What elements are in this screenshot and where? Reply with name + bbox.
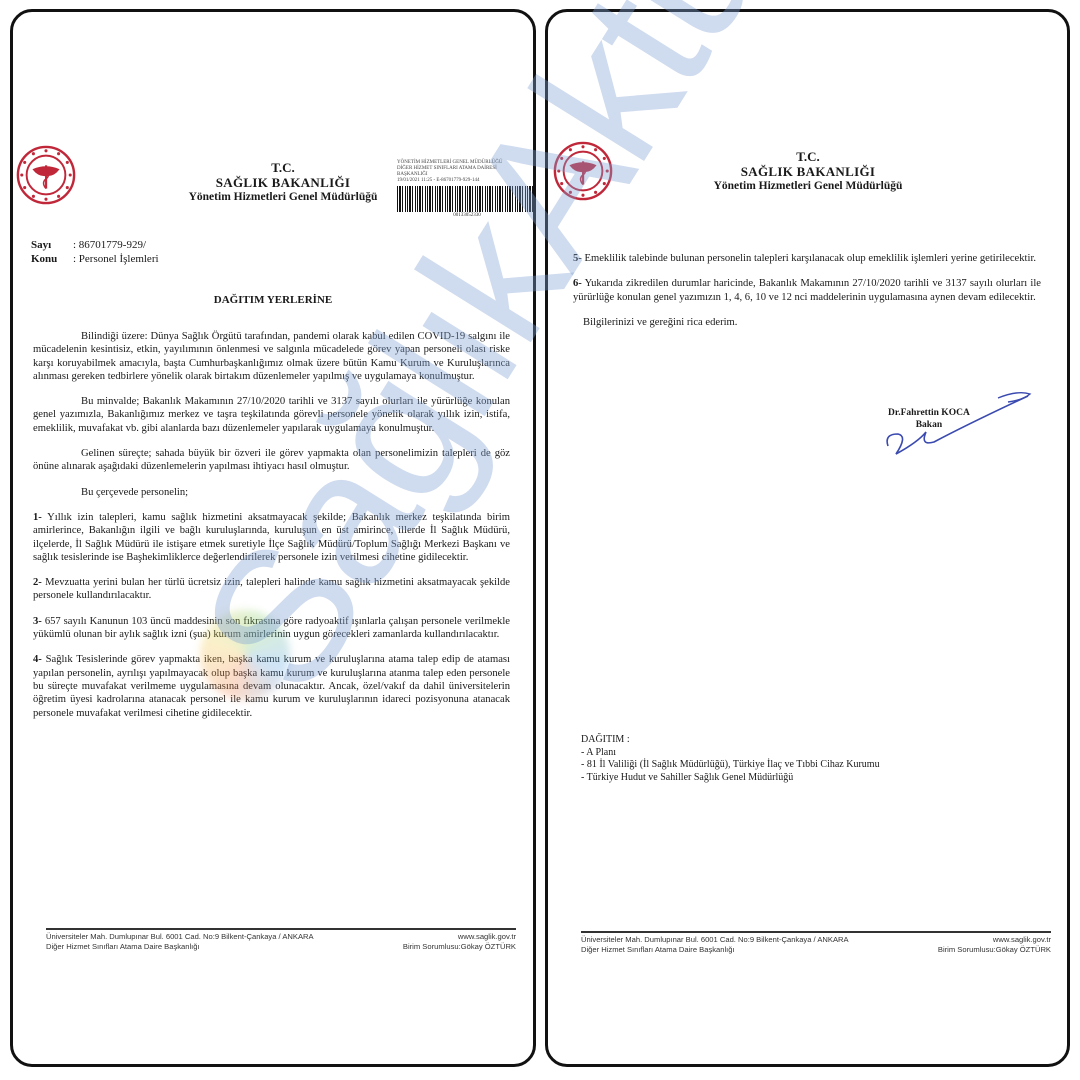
footer-department: Diğer Hizmet Sınıfları Atama Daire Başka… [46, 942, 200, 952]
letterhead-tc: T.C. [163, 160, 403, 175]
document-page-2: T.C. SAĞLIK BAKANLIĞI Yönetim Hizmetleri… [545, 9, 1070, 1067]
item-text: 657 sayılı Kanunun 103 üncü maddesinin s… [33, 616, 510, 640]
document-page-1: T.C. SAĞLIK BAKANLIĞI Yönetim Hizmetleri… [10, 9, 536, 1067]
list-item: 6- Yukarıda zikredilen durumlar haricind… [573, 277, 1041, 304]
list-item: 5- Emeklilik talebinde bulunan personeli… [573, 252, 1041, 265]
paragraph: Bu minvalde; Bakanlık Makamının 27/10/20… [33, 395, 510, 435]
stamp-line: 19/01/2021 11:25 - E-86701779-929-144 [397, 178, 536, 184]
page-footer: Üniversiteler Mah. Dumlupınar Bul. 6001 … [46, 928, 516, 952]
footer-address: Üniversiteler Mah. Dumlupınar Bul. 6001 … [46, 932, 314, 942]
footer-address: Üniversiteler Mah. Dumlupınar Bul. 6001 … [581, 935, 849, 945]
item-text: Yıllık izin talepleri, kamu sağlık hizme… [33, 512, 510, 563]
distribution-title: DAĞITIM : [581, 734, 880, 747]
konu-label: Konu [31, 252, 73, 266]
item-number: 4- [33, 654, 42, 665]
paragraph: Bu çerçevede personelin; [33, 486, 510, 499]
list-item: 2- Mevzuatta yerini bulan her türlü ücre… [33, 576, 510, 603]
paragraph: Gelinen süreçte; sahada büyük bir özveri… [33, 447, 510, 474]
signer-name: Dr.Fahrettin KOCA [888, 407, 970, 419]
letterhead-directorate: Yönetim Hizmetleri Genel Müdürlüğü [163, 190, 403, 205]
letterhead-ministry: SAĞLIK BAKANLIĞI [688, 164, 928, 179]
item-number: 5- [573, 253, 582, 264]
closing-line: Bilgilerinizi ve gereğini rica ederim. [573, 316, 1041, 329]
page-footer: Üniversiteler Mah. Dumlupınar Bul. 6001 … [581, 931, 1051, 955]
letterhead: T.C. SAĞLIK BAKANLIĞI Yönetim Hizmetleri… [163, 160, 403, 205]
footer-department: Diğer Hizmet Sınıfları Atama Daire Başka… [581, 945, 735, 955]
ministry-logo-icon [15, 144, 77, 206]
document-barcode-stamp: YÖNETİM HİZMETLERİ GENEL MÜDÜRLÜĞÜ DİĞER… [397, 160, 536, 219]
document-body: Bilindiği üzere: Dünya Sağlık Örgütü tar… [33, 330, 510, 732]
distribution-item: - Türkiye Hudut ve Sahiller Sağlık Genel… [581, 772, 880, 785]
signature-block: Dr.Fahrettin KOCA Bakan [888, 407, 970, 431]
list-item: 4- Sağlık Tesislerinde görev yapmakta ik… [33, 653, 510, 719]
item-number: 3- [33, 616, 42, 627]
item-text: Mevzuatta yerini bulan her türlü ücretsi… [33, 577, 510, 601]
footer-responsible: Birim Sorumlusu:Gökay ÖZTÜRK [403, 942, 516, 952]
footer-website[interactable]: www.saglik.gov.tr [458, 932, 516, 942]
list-item: 1- Yıllık izin talepleri, kamu sağlık hi… [33, 511, 510, 564]
signer-title: Bakan [888, 419, 970, 431]
item-text: Sağlık Tesislerinde görev yapmakta iken,… [33, 654, 510, 718]
letterhead-ministry: SAĞLIK BAKANLIĞI [163, 175, 403, 190]
konu-value: : Personel İşlemleri [73, 253, 159, 265]
ministry-logo-icon [552, 140, 614, 202]
item-number: 1- [33, 512, 42, 523]
barcode-icon [397, 186, 536, 212]
paragraph: Bilindiği üzere: Dünya Sağlık Örgütü tar… [33, 330, 510, 383]
distribution-list: DAĞITIM : - A Planı - 81 İl Valiliği (İl… [581, 734, 880, 784]
footer-responsible: Birim Sorumlusu:Gökay ÖZTÜRK [938, 945, 1051, 955]
sayi-label: Sayı [31, 238, 73, 252]
letterhead: T.C. SAĞLIK BAKANLIĞI Yönetim Hizmetleri… [688, 149, 928, 194]
document-body: 5- Emeklilik talebinde bulunan personeli… [573, 252, 1041, 341]
item-text: Yukarıda zikredilen durumlar haricinde, … [573, 278, 1041, 302]
footer-website[interactable]: www.saglik.gov.tr [993, 935, 1051, 945]
document-meta: Sayı: 86701779-929/ Konu: Personel İşlem… [31, 238, 159, 266]
document-title: DAĞITIM YERLERİNE [13, 294, 533, 306]
item-number: 2- [33, 577, 42, 588]
letterhead-tc: T.C. [688, 149, 928, 164]
distribution-item: - A Planı [581, 747, 880, 760]
list-item: 3- 657 sayılı Kanunun 103 üncü maddesini… [33, 615, 510, 642]
item-number: 6- [573, 278, 582, 289]
letterhead-directorate: Yönetim Hizmetleri Genel Müdürlüğü [688, 179, 928, 194]
barcode-number: 00133052330 [397, 213, 536, 219]
item-text: Emeklilik talebinde bulunan personelin t… [584, 253, 1036, 264]
distribution-item: - 81 İl Valiliği (İl Sağlık Müdürlüğü), … [581, 759, 880, 772]
sayi-value: : 86701779-929/ [73, 239, 146, 251]
